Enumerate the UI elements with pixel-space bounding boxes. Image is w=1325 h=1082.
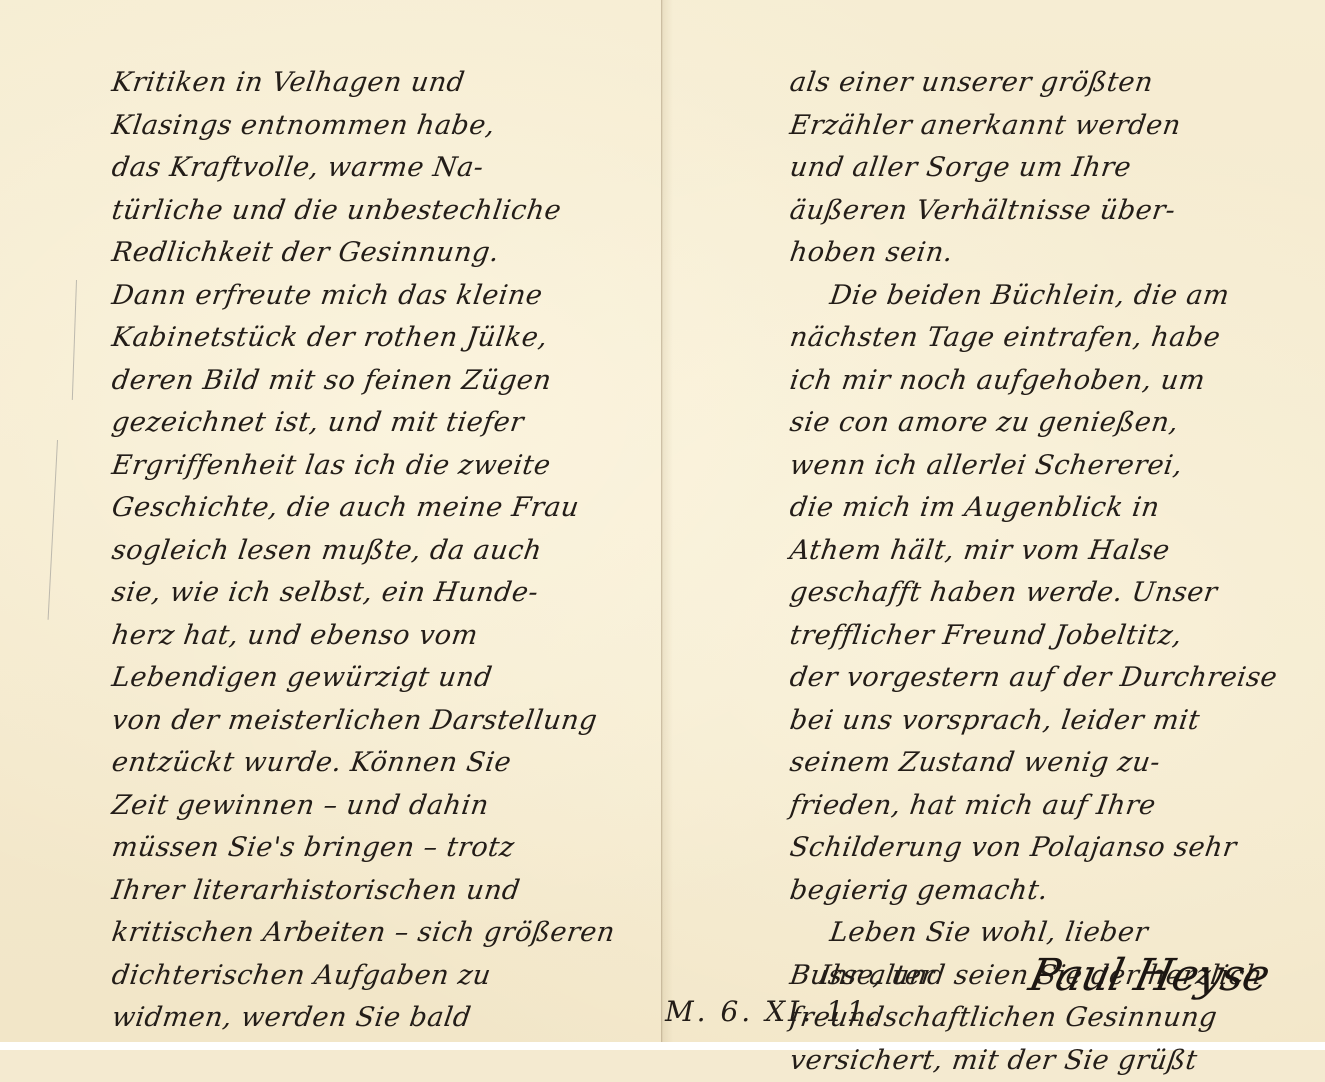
text-line: wenn ich allerlei Schererei, bbox=[787, 445, 1313, 488]
closing-phrase: Ihr alter bbox=[818, 960, 936, 991]
text-line: der vorgestern auf der Durchreise bbox=[787, 657, 1313, 700]
text-line: Athem hält, mir vom Halse bbox=[787, 530, 1313, 573]
text-line: frieden, hat mich auf Ihre bbox=[787, 785, 1313, 828]
text-line: kritischen Arbeiten – sich größeren bbox=[109, 912, 635, 955]
text-line: als einer unserer größten bbox=[787, 62, 1313, 105]
text-line: das Kraftvolle, warme Na- bbox=[109, 147, 635, 190]
text-line: Ergriffenheit las ich die zweite bbox=[109, 445, 635, 488]
text-line: nächsten Tage eintrafen, habe bbox=[787, 317, 1313, 360]
signature: Paul Heyse bbox=[1025, 950, 1274, 1001]
text-line: Dann erfreute mich das kleine bbox=[109, 275, 635, 318]
center-fold bbox=[661, 0, 663, 1042]
text-line: türliche und die unbestechliche bbox=[109, 190, 635, 233]
text-line: dichterischen Aufgaben zu bbox=[109, 955, 635, 998]
text-line: widmen, werden Sie bald bbox=[109, 997, 635, 1040]
text-line: von der meisterlichen Darstellung bbox=[109, 700, 635, 743]
text-line: versichert, mit der Sie grüßt bbox=[787, 1040, 1313, 1051]
text-line: Redlichkeit der Gesinnung. bbox=[109, 232, 635, 275]
text-line: sie con amore zu genießen, bbox=[787, 402, 1313, 445]
text-line: Leben Sie wohl, lieber bbox=[787, 912, 1313, 955]
text-line: Schilderung von Polajanso sehr bbox=[787, 827, 1313, 870]
text-line: Erzähler anerkannt werden bbox=[787, 105, 1313, 148]
text-line: trefflicher Freund Jobeltitz, bbox=[787, 615, 1313, 658]
text-line: sie, wie ich selbst, ein Hunde- bbox=[109, 572, 635, 615]
text-line: äußeren Verhältnisse über- bbox=[787, 190, 1313, 233]
text-line: herz hat, und ebenso vom bbox=[109, 615, 635, 658]
text-line: Klasings entnommen habe, bbox=[109, 105, 635, 148]
text-line: gezeichnet ist, und mit tiefer bbox=[109, 402, 635, 445]
text-line: Zeit gewinnen – und dahin bbox=[109, 785, 635, 828]
text-line: Die beiden Büchlein, die am bbox=[787, 275, 1313, 318]
text-line: Geschichte, die auch meine Frau bbox=[109, 487, 635, 530]
text-line: deren Bild mit so feinen Zügen bbox=[109, 360, 635, 403]
fold-shadow bbox=[663, 0, 673, 1042]
text-line: Kabinetstück der rothen Jülke, bbox=[109, 317, 635, 360]
text-line: ich mir noch aufgehoben, um bbox=[787, 360, 1313, 403]
text-line: seinem Zustand wenig zu- bbox=[787, 742, 1313, 785]
text-line: und aller Sorge um Ihre bbox=[787, 147, 1313, 190]
text-line: entzückt wurde. Können Sie bbox=[109, 742, 635, 785]
text-line: die mich im Augenblick in bbox=[787, 487, 1313, 530]
text-line: bei uns vorsprach, leider mit bbox=[787, 700, 1313, 743]
text-line: müssen Sie's bringen – trotz bbox=[109, 827, 635, 870]
right-page: als einer unserer größten Erzähler anerk… bbox=[790, 62, 1310, 1050]
text-line: begierig gemacht. bbox=[787, 870, 1313, 913]
left-page: Kritiken in Velhagen und Klasings entnom… bbox=[112, 62, 632, 1040]
text-line: Kritiken in Velhagen und bbox=[109, 62, 635, 105]
text-line: geschafft haben werde. Unser bbox=[787, 572, 1313, 615]
text-line: Ihrer literarhistorischen und bbox=[109, 870, 635, 913]
text-line: hoben sein. bbox=[787, 232, 1313, 275]
date-line: M. 6. XI. 11. bbox=[665, 995, 879, 1028]
text-line: Lebendigen gewürzigt und bbox=[109, 657, 635, 700]
text-line: sogleich lesen mußte, da auch bbox=[109, 530, 635, 573]
